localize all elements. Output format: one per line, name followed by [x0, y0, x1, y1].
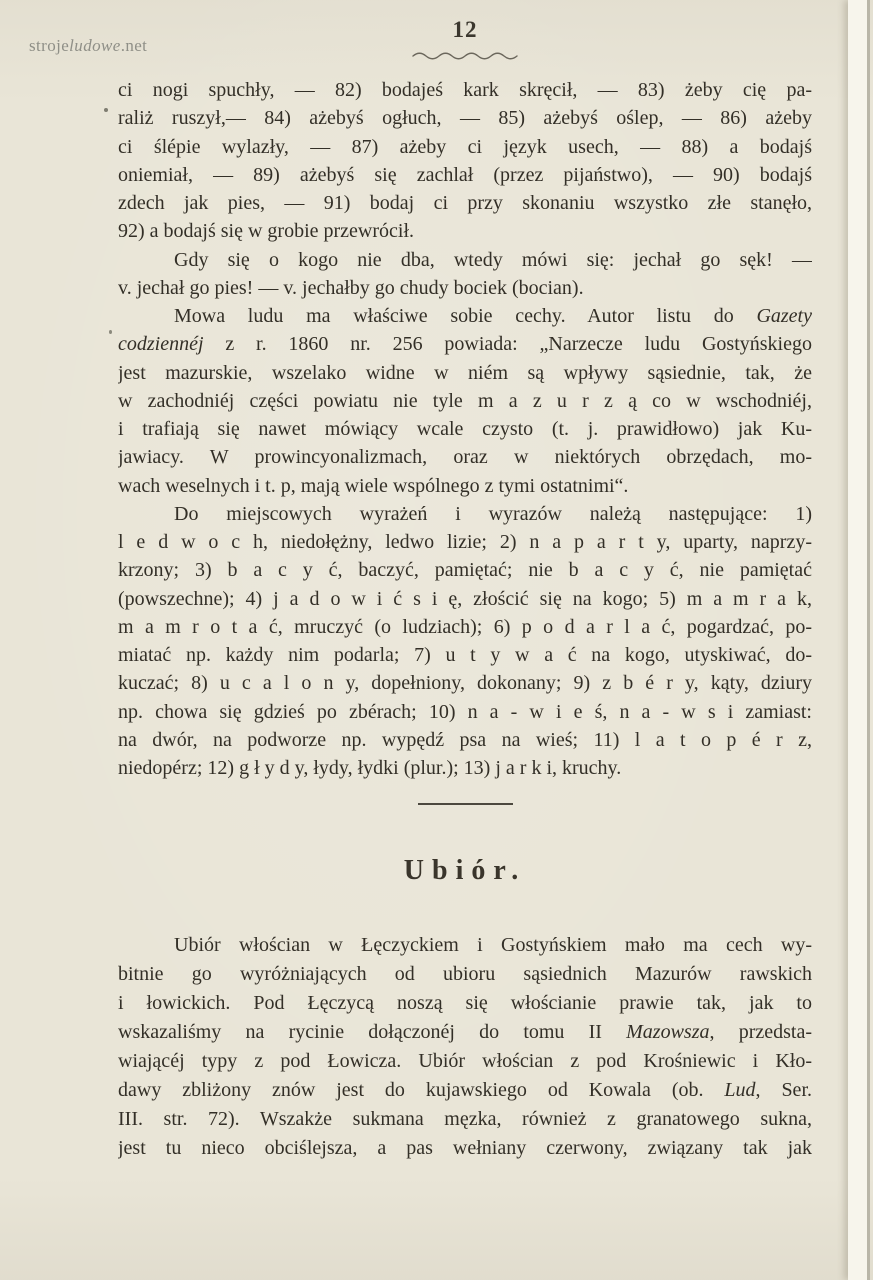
paragraph: Gdy się o kogo nie dba, wtedy mówi się: …: [118, 246, 812, 303]
text-line: miatać np. każdy nim podarla; 7) u t y w…: [118, 641, 812, 669]
page-number: 12: [118, 17, 812, 43]
text-block-1: ci nogi spuchły, — 82) bodajeś kark skrę…: [118, 76, 812, 782]
text-line: i trafiają się nawet mówiący wcale czyst…: [118, 415, 812, 443]
paragraph: Mowa ludu ma właściwe sobie cechy. Autor…: [118, 302, 812, 500]
text-line: raliż ruszył,— 84) ażebyś ogłuch, — 85) …: [118, 104, 812, 132]
watermark-part1: stroje: [29, 36, 69, 55]
text-line: m a m r o t a ć, mruczyć (o ludziach); 6…: [118, 613, 812, 641]
text-line: 92) a bodajś się w grobie przewrócił.: [118, 217, 812, 245]
text-line: bitnie go wyróżniających od ubioru sąsie…: [118, 960, 812, 989]
section-divider: [118, 803, 812, 805]
section-heading: Ubiór.: [118, 855, 812, 887]
text-line: Do miejscowych wyrażeń i wyrazów należą …: [118, 500, 812, 528]
text-line: wiającéj typy z pod Łowicza. Ubiór włośc…: [118, 1047, 812, 1076]
paragraph: Ubiór włościan w Łęczyckiem i Gostyńskie…: [118, 931, 812, 1163]
text-line: codziennéj z r. 1860 nr. 256 powiada: „N…: [118, 330, 812, 358]
paragraph: ci nogi spuchły, — 82) bodajeś kark skrę…: [118, 76, 812, 246]
text-line: (powszechne); 4) j a d o w i ć s i ę, zł…: [118, 585, 812, 613]
text-line: Mowa ludu ma właściwe sobie cechy. Autor…: [118, 302, 812, 330]
text-line: l e d w o c h, niedołężny, ledwo lizie; …: [118, 528, 812, 556]
text-line: ci nogi spuchły, — 82) bodajeś kark skrę…: [118, 76, 812, 104]
text-line: zdech jak pies, — 91) bodaj ci przy skon…: [118, 189, 812, 217]
text-line: niedopérz; 12) g ł y d y, łydy, łydki (p…: [118, 754, 812, 782]
text-line: i łowickich. Pod Łęczycą noszą się włośc…: [118, 989, 812, 1018]
text-line: dawy zbliżony znów jest do kujawskiego o…: [118, 1076, 812, 1105]
text-line: ci ślépie wylazły, — 87) ażeby ci język …: [118, 133, 812, 161]
text-line: oniemiał, — 89) ażebyś się zachlał (prze…: [118, 161, 812, 189]
text-line: Ubiór włościan w Łęczyckiem i Gostyńskie…: [118, 931, 812, 960]
watermark-part2: ludowe: [69, 36, 121, 55]
paper-speck: [109, 330, 112, 334]
text-line: krzony; 3) b a c y ć, baczyć, pamiętać; …: [118, 556, 812, 584]
paper-speck: [104, 108, 108, 112]
text-line: jest tu nieco obciślejsza, a pas wełnian…: [118, 1134, 812, 1163]
text-line: Gdy się o kogo nie dba, wtedy mówi się: …: [118, 246, 812, 274]
page-edge: [848, 0, 867, 1280]
text-line: np. chowa się gdzieś po zbérach; 10) n a…: [118, 698, 812, 726]
text-line: jest mazurskie, wszelako widne w niém są…: [118, 359, 812, 387]
paragraph: Do miejscowych wyrażeń i wyrazów należą …: [118, 500, 812, 783]
text-line: jawiacy. W prowincyonalizmach, oraz w ni…: [118, 443, 812, 471]
text-line: v. jechał go pies! — v. jechałby go chud…: [118, 274, 812, 302]
text-line: kuczać; 8) u c a l o n y, dopełniony, do…: [118, 669, 812, 697]
wavy-underline-icon: [118, 51, 812, 60]
text-line: III. str. 72). Wszakże sukmana męzka, ró…: [118, 1105, 812, 1134]
divider-rule: [418, 803, 513, 805]
text-line: w zachodniéj części powiatu nie tyle m a…: [118, 387, 812, 415]
text-line: na dwór, na podworze np. wypędź psa na w…: [118, 726, 812, 754]
text-line: wskazaliśmy na rycinie dołączonéj do tom…: [118, 1018, 812, 1047]
page-edge-line: [867, 0, 870, 1280]
text-block-2: Ubiór włościan w Łęczyckiem i Gostyńskie…: [118, 931, 812, 1163]
text-line: wach weselnych i t. p, mają wiele wspóln…: [118, 472, 812, 500]
